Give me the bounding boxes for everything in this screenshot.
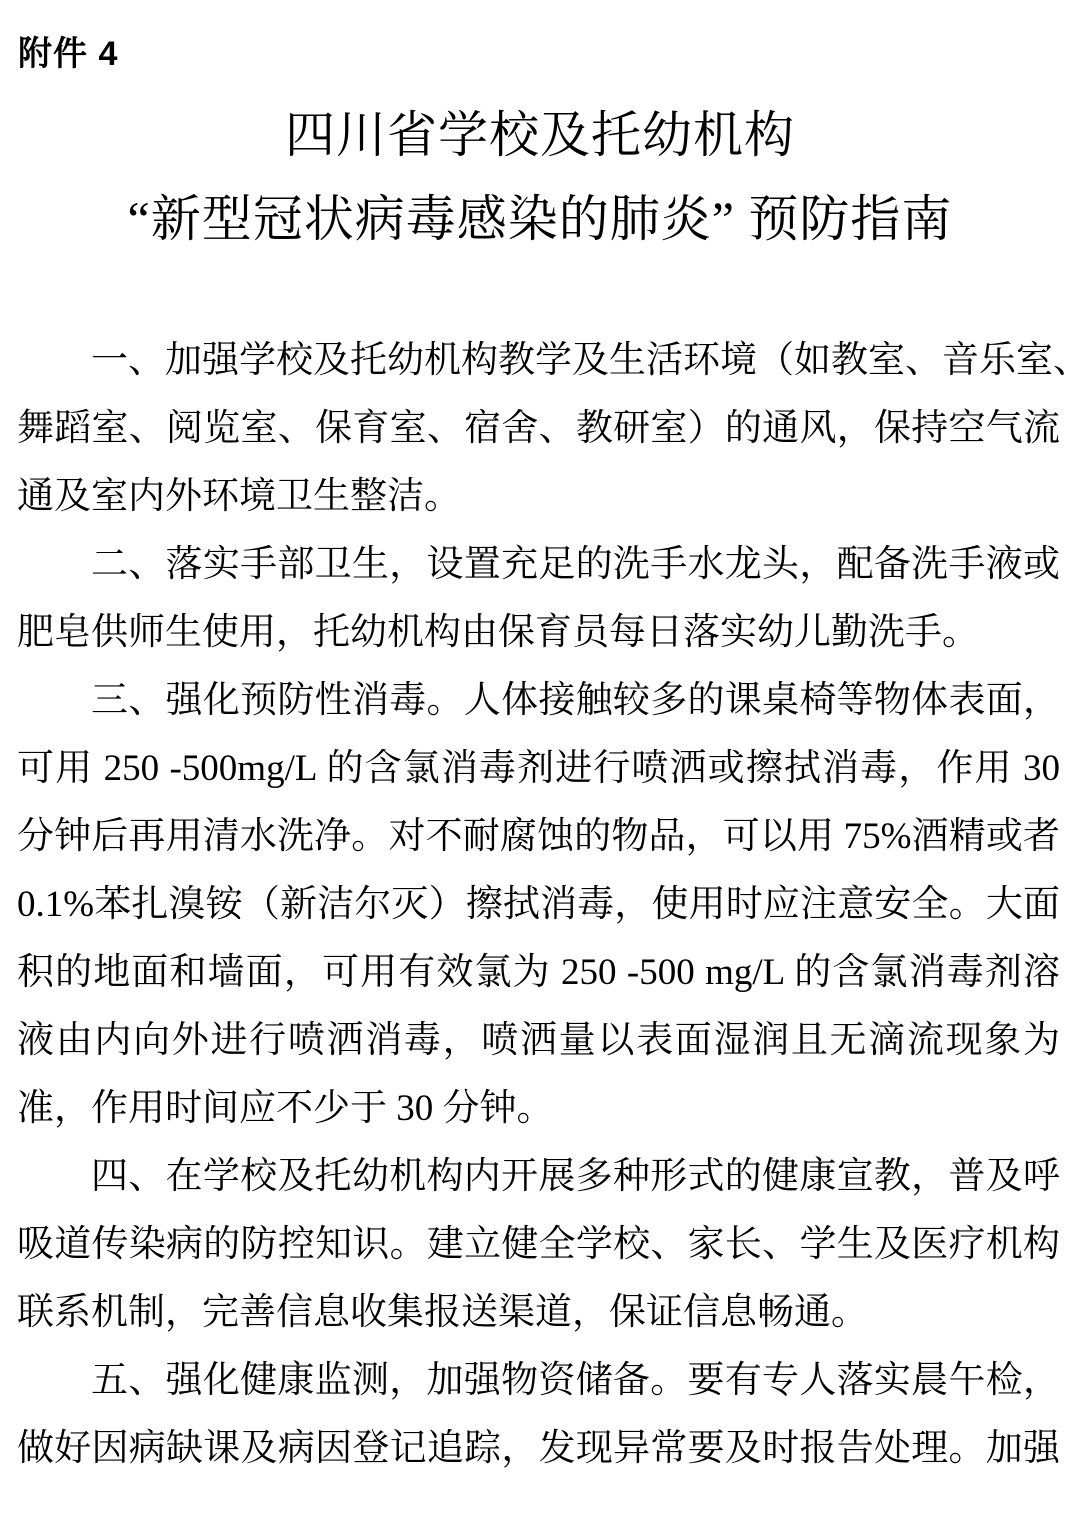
document-body: 一、加强学校及托幼机构教学及生活环境（如教室、音乐室、舞蹈室、阅览室、保育室、宿…	[17, 327, 1060, 1483]
title-line-2: “新型冠状病毒感染的肺炎” 预防指南	[0, 177, 1080, 261]
paragraph-line: 分钟后再用清水洗净。对不耐腐蚀的物品，可以用 75%酒精或者	[17, 803, 1060, 871]
paragraph-line: 四、在学校及托幼机构内开展多种形式的健康宣教，普及呼	[17, 1143, 1060, 1211]
paragraph-line: 舞蹈室、阅览室、保育室、宿舍、教研室）的通风，保持空气流	[17, 395, 1060, 463]
attachment-label: 附件 4	[18, 0, 1080, 74]
paragraph-line: 准，作用时间应不少于 30 分钟。	[17, 1075, 1060, 1143]
paragraph-line: 吸道传染病的防控知识。建立健全学校、家长、学生及医疗机构	[17, 1211, 1060, 1279]
paragraph-line: 可用 250 -500mg/L 的含氯消毒剂进行喷洒或擦拭消毒，作用 30	[17, 735, 1060, 803]
paragraph-line: 液由内向外进行喷洒消毒，喷洒量以表面湿润且无滴流现象为	[17, 1007, 1060, 1075]
document-page: 附件 4 四川省学校及托幼机构 “新型冠状病毒感染的肺炎” 预防指南 一、加强学…	[0, 0, 1080, 1514]
document-title: 四川省学校及托幼机构 “新型冠状病毒感染的肺炎” 预防指南	[0, 93, 1080, 261]
paragraph-line: 做好因病缺课及病因登记追踪，发现异常要及时报告处理。加强	[17, 1415, 1060, 1483]
paragraph-line: 积的地面和墙面，可用有效氯为 250 -500 mg/L 的含氯消毒剂溶	[17, 939, 1060, 1007]
paragraph-line: 通及室内外环境卫生整洁。	[17, 463, 1060, 531]
paragraph-line: 二、落实手部卫生，设置充足的洗手水龙头，配备洗手液或	[17, 531, 1060, 599]
paragraph-line: 肥皂供师生使用，托幼机构由保育员每日落实幼儿勤洗手。	[17, 599, 1060, 667]
paragraph-line: 联系机制，完善信息收集报送渠道，保证信息畅通。	[17, 1279, 1060, 1347]
title-line-1: 四川省学校及托幼机构	[0, 93, 1080, 177]
paragraph-line: 三、强化预防性消毒。人体接触较多的课桌椅等物体表面，	[17, 667, 1060, 735]
paragraph-line: 五、强化健康监测，加强物资储备。要有专人落实晨午检，	[17, 1347, 1060, 1415]
paragraph-line: 一、加强学校及托幼机构教学及生活环境（如教室、音乐室、	[17, 327, 1060, 395]
paragraph-line: 0.1%苯扎溴铵（新洁尔灭）擦拭消毒，使用时应注意安全。大面	[17, 871, 1060, 939]
